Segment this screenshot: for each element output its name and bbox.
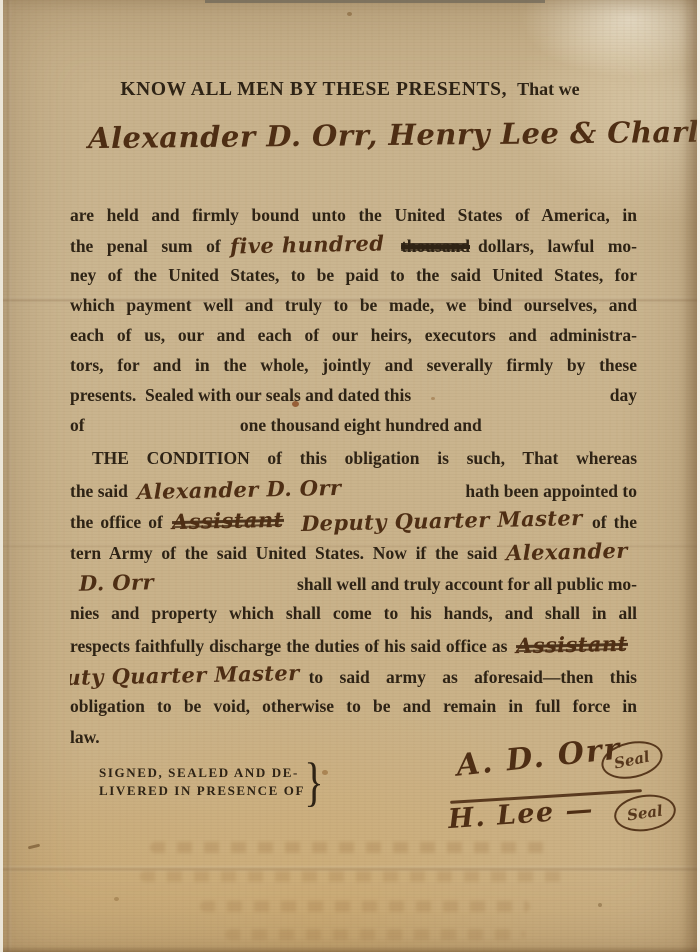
page-edge-shadow-bottom xyxy=(0,946,700,952)
fold-crease-vertical xyxy=(7,0,11,952)
witness-clause: SIGNED, SEALED AND DE- LIVERED IN PRESEN… xyxy=(99,764,305,800)
document-line: the office ofAssistantDeputy Quarter Mas… xyxy=(70,505,637,536)
document-line: Deputy Quarter Masterto said army as afo… xyxy=(70,660,637,691)
ink-bleedthrough-line xyxy=(200,901,530,912)
witness-clause-line: SIGNED, SEALED AND DE- xyxy=(99,764,305,782)
photo-background-sliver-left xyxy=(0,0,3,952)
document-line: respects faithfully discharge the duties… xyxy=(70,629,637,660)
scanned-bond-document: KNOW ALL MEN BY THESE PRESENTS, That we … xyxy=(0,0,700,952)
segment-strike-hand: Assistant xyxy=(172,505,284,536)
segment-print: nies and property which shall come to hi… xyxy=(70,603,637,623)
segment-print: day xyxy=(610,380,637,410)
segment-print: presents. Sealed with our seals and date… xyxy=(70,380,411,410)
segment-hand: D. Orr xyxy=(79,567,155,598)
segment-print: the office of xyxy=(70,512,163,532)
segment-print: one thousand eight hundred and xyxy=(240,410,482,440)
segment-print: obligation to be void, otherwise to be a… xyxy=(70,696,637,716)
segment-print: THE CONDITION of this obligation is such… xyxy=(92,448,637,468)
segment-hand: Alexander xyxy=(506,536,628,567)
document-line: presents. Sealed with our seals and date… xyxy=(70,380,637,410)
segment-strike-print: thousand xyxy=(401,236,470,256)
document-line: which payment well and truly to be made,… xyxy=(70,290,637,320)
document-line: THE CONDITION of this obligation is such… xyxy=(70,443,637,474)
segment-print: tors, for and in the whole, jointly and … xyxy=(70,355,637,375)
ink-bleedthrough-line xyxy=(225,929,525,940)
document-line: ney of the United States, to be paid to … xyxy=(70,260,637,290)
segment-print: which payment well and truly to be made,… xyxy=(70,295,637,315)
document-line: obligation to be void, otherwise to be a… xyxy=(70,691,637,722)
page-edge-shadow-right xyxy=(680,0,698,952)
ink-bleedthrough-line xyxy=(150,842,550,853)
document-line: the penal sum offive hundredthousanddoll… xyxy=(70,230,637,260)
document-line: ofone thousand eight hundred and xyxy=(70,410,637,440)
handwritten-obligor-names: Alexander D. Orr, Henry Lee & Charles Ga… xyxy=(88,115,696,155)
segment-print: respects faithfully discharge the duties… xyxy=(70,636,507,656)
segment-hand: Deputy Quarter Master xyxy=(301,505,583,536)
segment-print: to said army as aforesaid—then this xyxy=(309,667,637,687)
segment-print: each of us, our and each of our heirs, e… xyxy=(70,325,637,345)
heading-suffix: That we xyxy=(517,79,580,99)
segment-print: of xyxy=(70,410,85,440)
segment-strike-hand: Assistant xyxy=(516,629,628,660)
paper-speck xyxy=(598,903,602,907)
witness-clause-line: LIVERED IN PRESENCE OF xyxy=(99,782,305,800)
segment-print: are held and firmly bound unto the Unite… xyxy=(70,205,637,225)
condition-paragraph: THE CONDITION of this obligation is such… xyxy=(70,443,637,753)
document-line: tern Army of the said United States. Now… xyxy=(70,536,637,567)
opening-paragraph: are held and firmly bound unto the Unite… xyxy=(70,200,637,440)
segment-print: tern Army of the said United States. Now… xyxy=(70,543,497,563)
document-line: each of us, our and each of our heirs, e… xyxy=(70,320,637,350)
document-line: the saidAlexander D. Orrhath been appoin… xyxy=(70,474,637,505)
paper-speck xyxy=(114,897,119,901)
segment-hand: Alexander D. Orr xyxy=(137,474,342,505)
segment-hand: five hundred xyxy=(229,230,384,260)
segment-print: ney of the United States, to be paid to … xyxy=(70,265,637,285)
brace-glyph: } xyxy=(304,755,323,809)
segment-hand: Deputy Quarter Master xyxy=(70,660,300,691)
segment-print: hath been appointed to xyxy=(465,476,637,505)
segment-print: dollars, lawful mo- xyxy=(478,236,637,256)
document-heading: KNOW ALL MEN BY THESE PRESENTS, That we xyxy=(0,79,700,101)
segment-print: shall well and truly account for all pub… xyxy=(297,569,637,598)
document-line: nies and property which shall come to hi… xyxy=(70,598,637,629)
photo-background-sliver-top xyxy=(205,0,545,3)
document-line: tors, for and in the whole, jointly and … xyxy=(70,350,637,380)
segment-print: the penal sum of xyxy=(70,236,221,256)
document-line: D. Orrshall well and truly account for a… xyxy=(70,567,637,598)
segment-print: law. xyxy=(70,727,100,747)
segment-print: the said xyxy=(70,476,128,505)
paper-speck xyxy=(347,12,352,16)
heading-text: KNOW ALL MEN BY THESE PRESENTS, xyxy=(120,79,507,100)
ink-bleedthrough-line xyxy=(140,871,570,882)
document-line: are held and firmly bound unto the Unite… xyxy=(70,200,637,230)
